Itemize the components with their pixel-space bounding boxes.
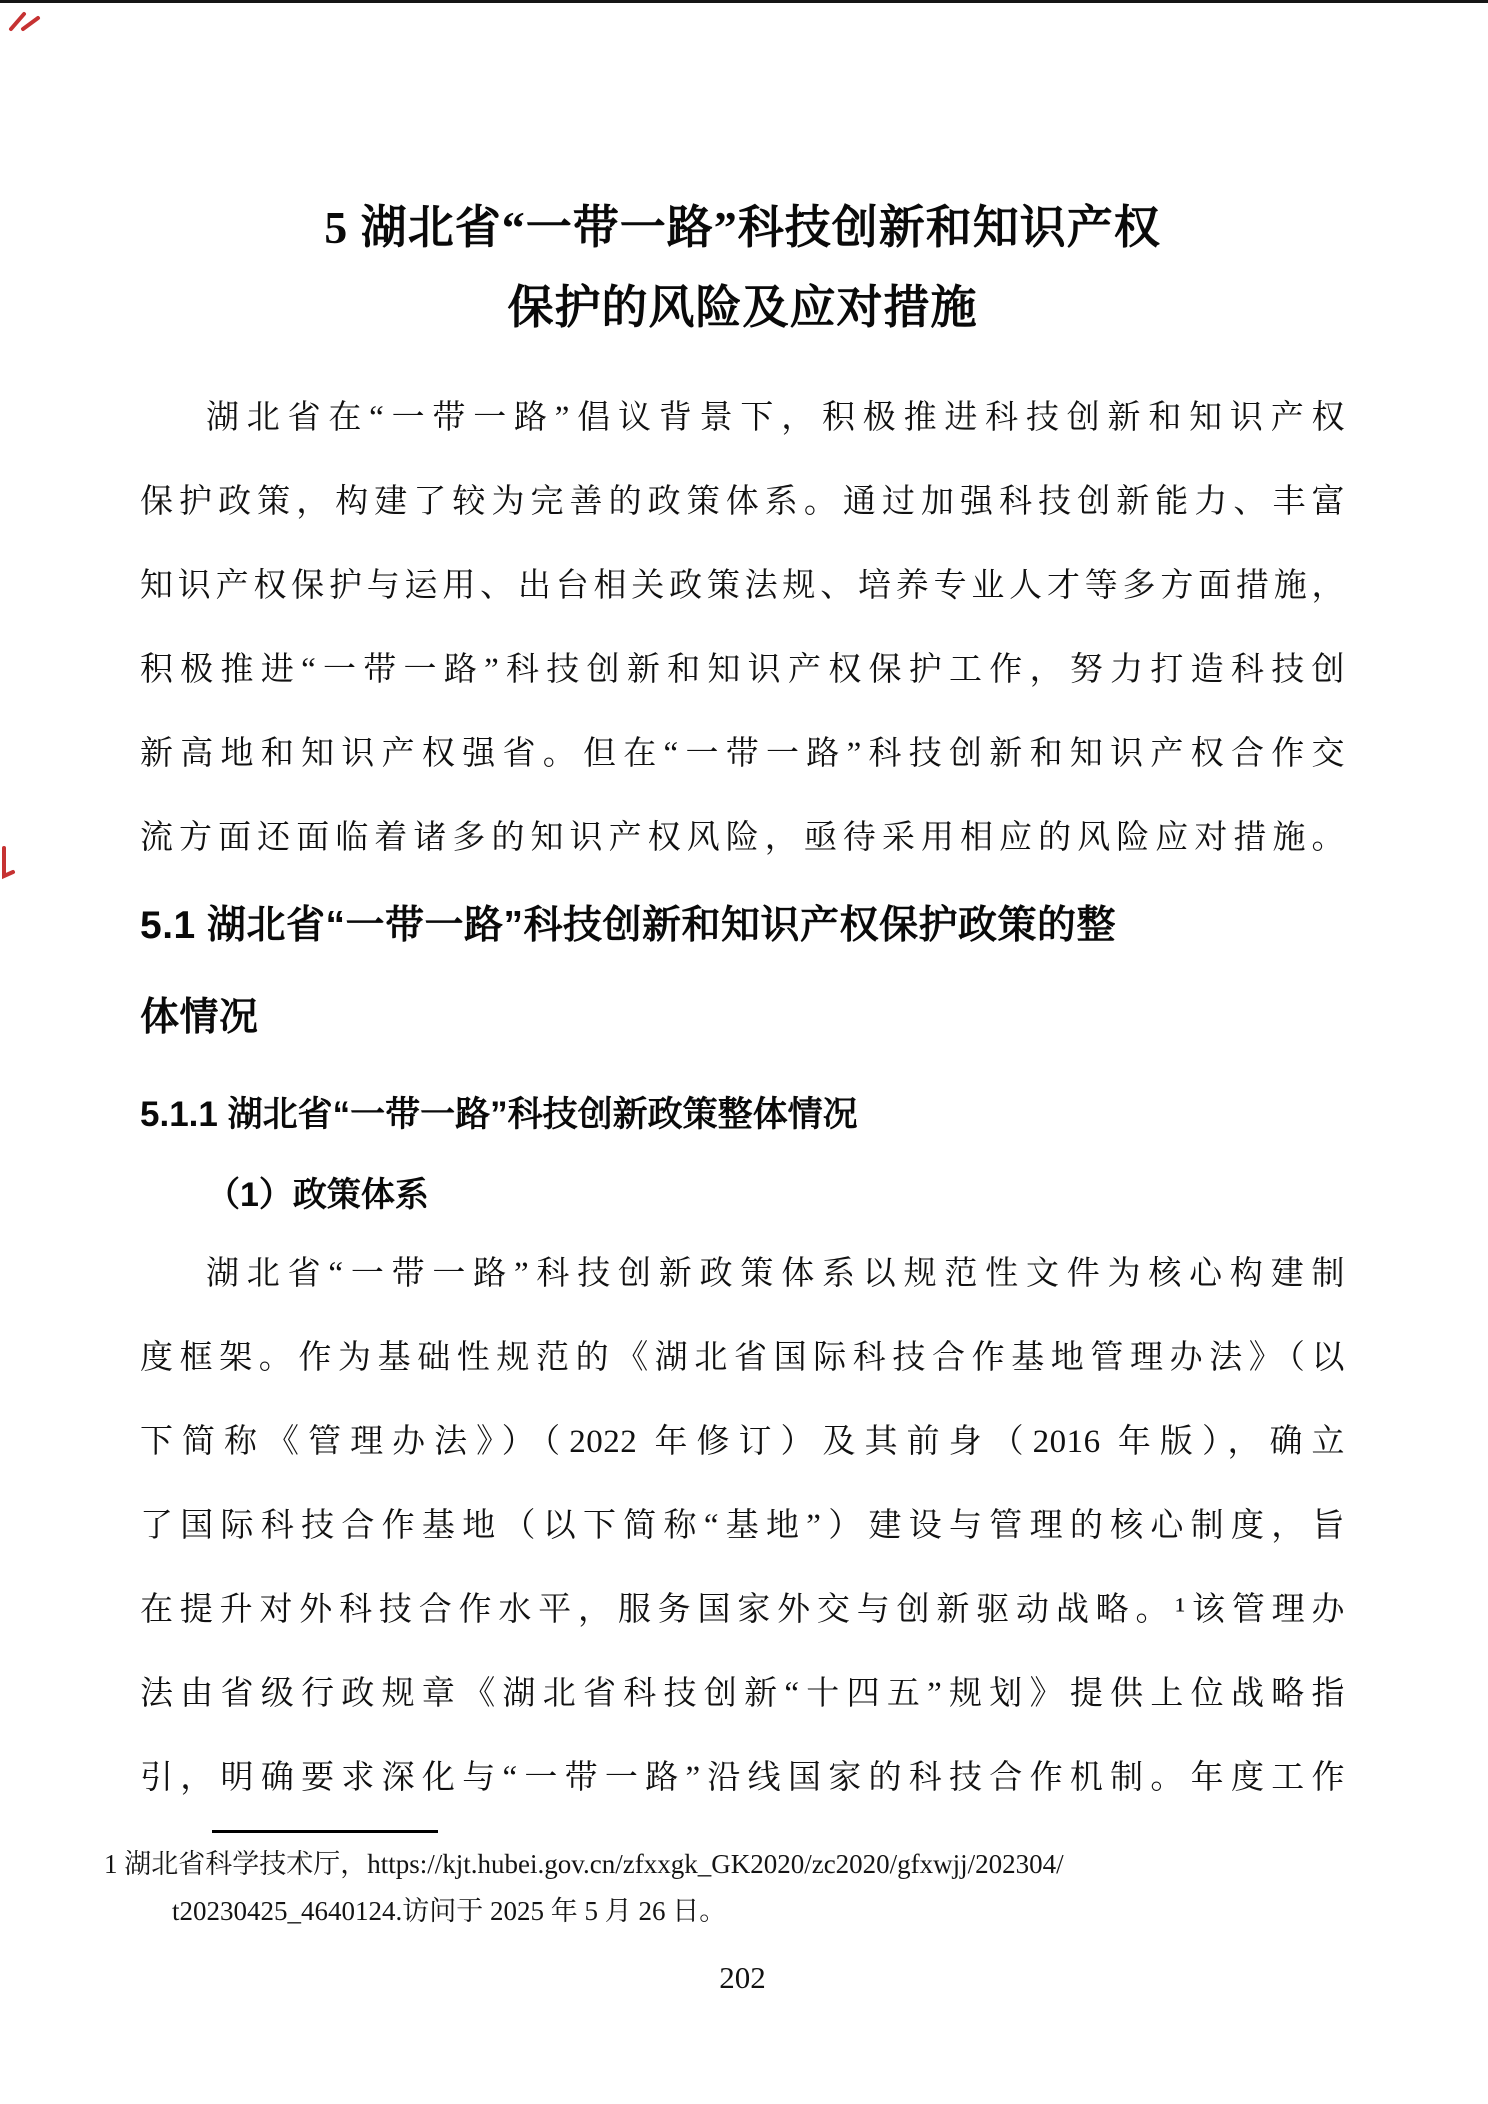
red-annotation-mark-top-icon: [8, 9, 42, 35]
paragraph-line-with-footnote-ref: 在提升对外科技合作水平，服务国家外交与创新驱动战略。¹该管理办: [140, 1568, 1345, 1652]
page-number: 202: [140, 1957, 1345, 1999]
paragraph-line: 保护政策，构建了较为完善的政策体系。通过加强科技创新能力、丰富: [140, 460, 1345, 544]
chapter-title-line-1: 5 湖北省“一带一路”科技创新和知识产权: [140, 188, 1345, 268]
item-heading-policy-system: （1）政策体系: [206, 1166, 1345, 1224]
chapter-title: 5 湖北省“一带一路”科技创新和知识产权 保护的风险及应对措施: [140, 188, 1345, 348]
paragraph-line: 新高地和知识产权强省。但在“一带一路”科技创新和知识产权合作交: [140, 712, 1345, 796]
paragraph-line: 湖北省“一带一路”科技创新政策体系以规范性文件为核心构建制: [140, 1232, 1345, 1316]
paragraph-line: 流方面还面临着诸多的知识产权风险，亟待采用相应的风险应对措施。: [140, 796, 1345, 880]
section-heading-5-1: 5.1 湖北省“一带一路”科技创新和知识产权保护政策的整 体情况: [140, 880, 1345, 1064]
red-annotation-mark-left-icon: [0, 846, 16, 880]
paragraph-line: 了国际科技合作基地（以下简称“基地”）建设与管理的核心制度，旨: [140, 1484, 1345, 1568]
paragraph-line: 度框架。作为基础性规范的《湖北省国际科技合作基地管理办法》（以: [140, 1316, 1345, 1400]
policy-paragraph: 湖北省“一带一路”科技创新政策体系以规范性文件为核心构建制 度框架。作为基础性规…: [140, 1232, 1345, 1820]
subsection-heading-5-1-1: 5.1.1 湖北省“一带一路”科技创新政策整体情况: [140, 1086, 1345, 1144]
intro-paragraph: 湖北省在“一带一路”倡议背景下，积极推进科技创新和知识产权 保护政策，构建了较为…: [140, 376, 1345, 880]
document-page: 5 湖北省“一带一路”科技创新和知识产权 保护的风险及应对措施 湖北省在“一带一…: [0, 0, 1488, 2104]
section-heading-line-2: 体情况: [140, 972, 1345, 1064]
paragraph-line: 知识产权保护与运用、出台相关政策法规、培养专业人才等多方面措施，: [140, 544, 1345, 628]
footnote: 1 湖北省科学技术厅，https://kjt.hubei.gov.cn/zfxx…: [104, 1841, 1345, 1935]
paragraph-line: 引，明确要求深化与“一带一路”沿线国家的科技合作机制。年度工作: [140, 1736, 1345, 1820]
section-heading-line-1: 5.1 湖北省“一带一路”科技创新和知识产权保护政策的整: [140, 880, 1345, 972]
chapter-title-line-2: 保护的风险及应对措施: [140, 268, 1345, 348]
paragraph-line: 下简称《管理办法》）（2022 年修订）及其前身（2016 年版），确立: [140, 1400, 1345, 1484]
footnote-separator: [212, 1830, 438, 1833]
paragraph-line: 湖北省在“一带一路”倡议背景下，积极推进科技创新和知识产权: [140, 376, 1345, 460]
footnote-line-2: t20230425_4640124.访问于 2025 年 5 月 26 日。: [104, 1888, 1345, 1935]
paragraph-line: 积极推进“一带一路”科技创新和知识产权保护工作，努力打造科技创: [140, 628, 1345, 712]
paragraph-line: 法由省级行政规章《湖北省科技创新“十四五”规划》提供上位战略指: [140, 1652, 1345, 1736]
footnote-line-1: 1 湖北省科学技术厅，https://kjt.hubei.gov.cn/zfxx…: [104, 1841, 1345, 1888]
